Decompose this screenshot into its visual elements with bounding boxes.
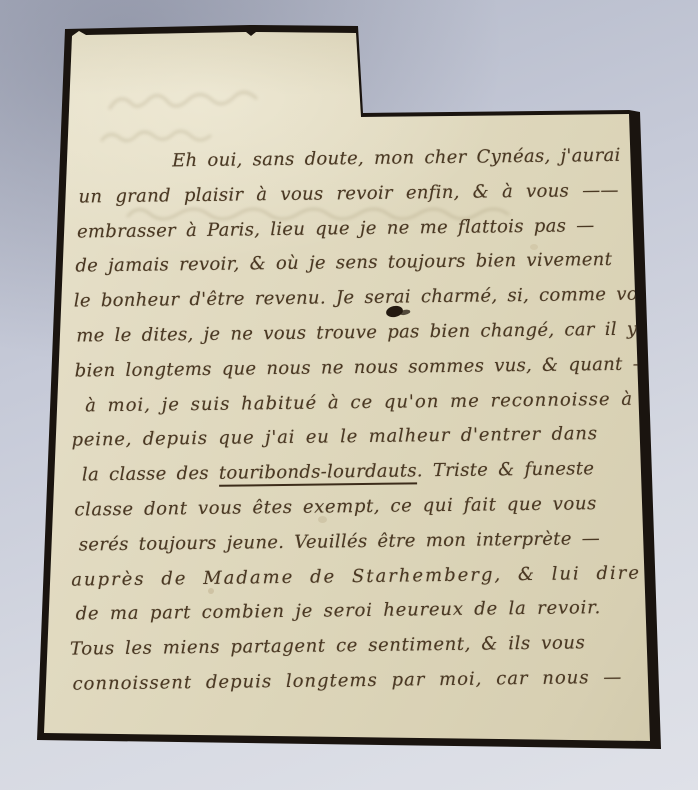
letter-line: connoissent depuis longtems par moi, car… bbox=[72, 666, 658, 708]
ink-showthrough bbox=[92, 78, 322, 158]
letter-line-segment: la classe des bbox=[82, 463, 219, 486]
letter-line-segment: . Triste & funeste bbox=[417, 458, 595, 481]
photo-background: Eh oui, sans doute, mon cher Cynéas, j'a… bbox=[0, 0, 698, 790]
letter-paper: Eh oui, sans doute, mon cher Cynéas, j'a… bbox=[0, 0, 698, 790]
letter-text: Eh oui, sans doute, mon cher Cynéas, j'a… bbox=[72, 144, 659, 708]
letter-line: Eh oui, sans doute, mon cher Cynéas, j'a… bbox=[172, 144, 652, 185]
underlined-phrase: touribonds-lourdauts bbox=[219, 461, 417, 487]
